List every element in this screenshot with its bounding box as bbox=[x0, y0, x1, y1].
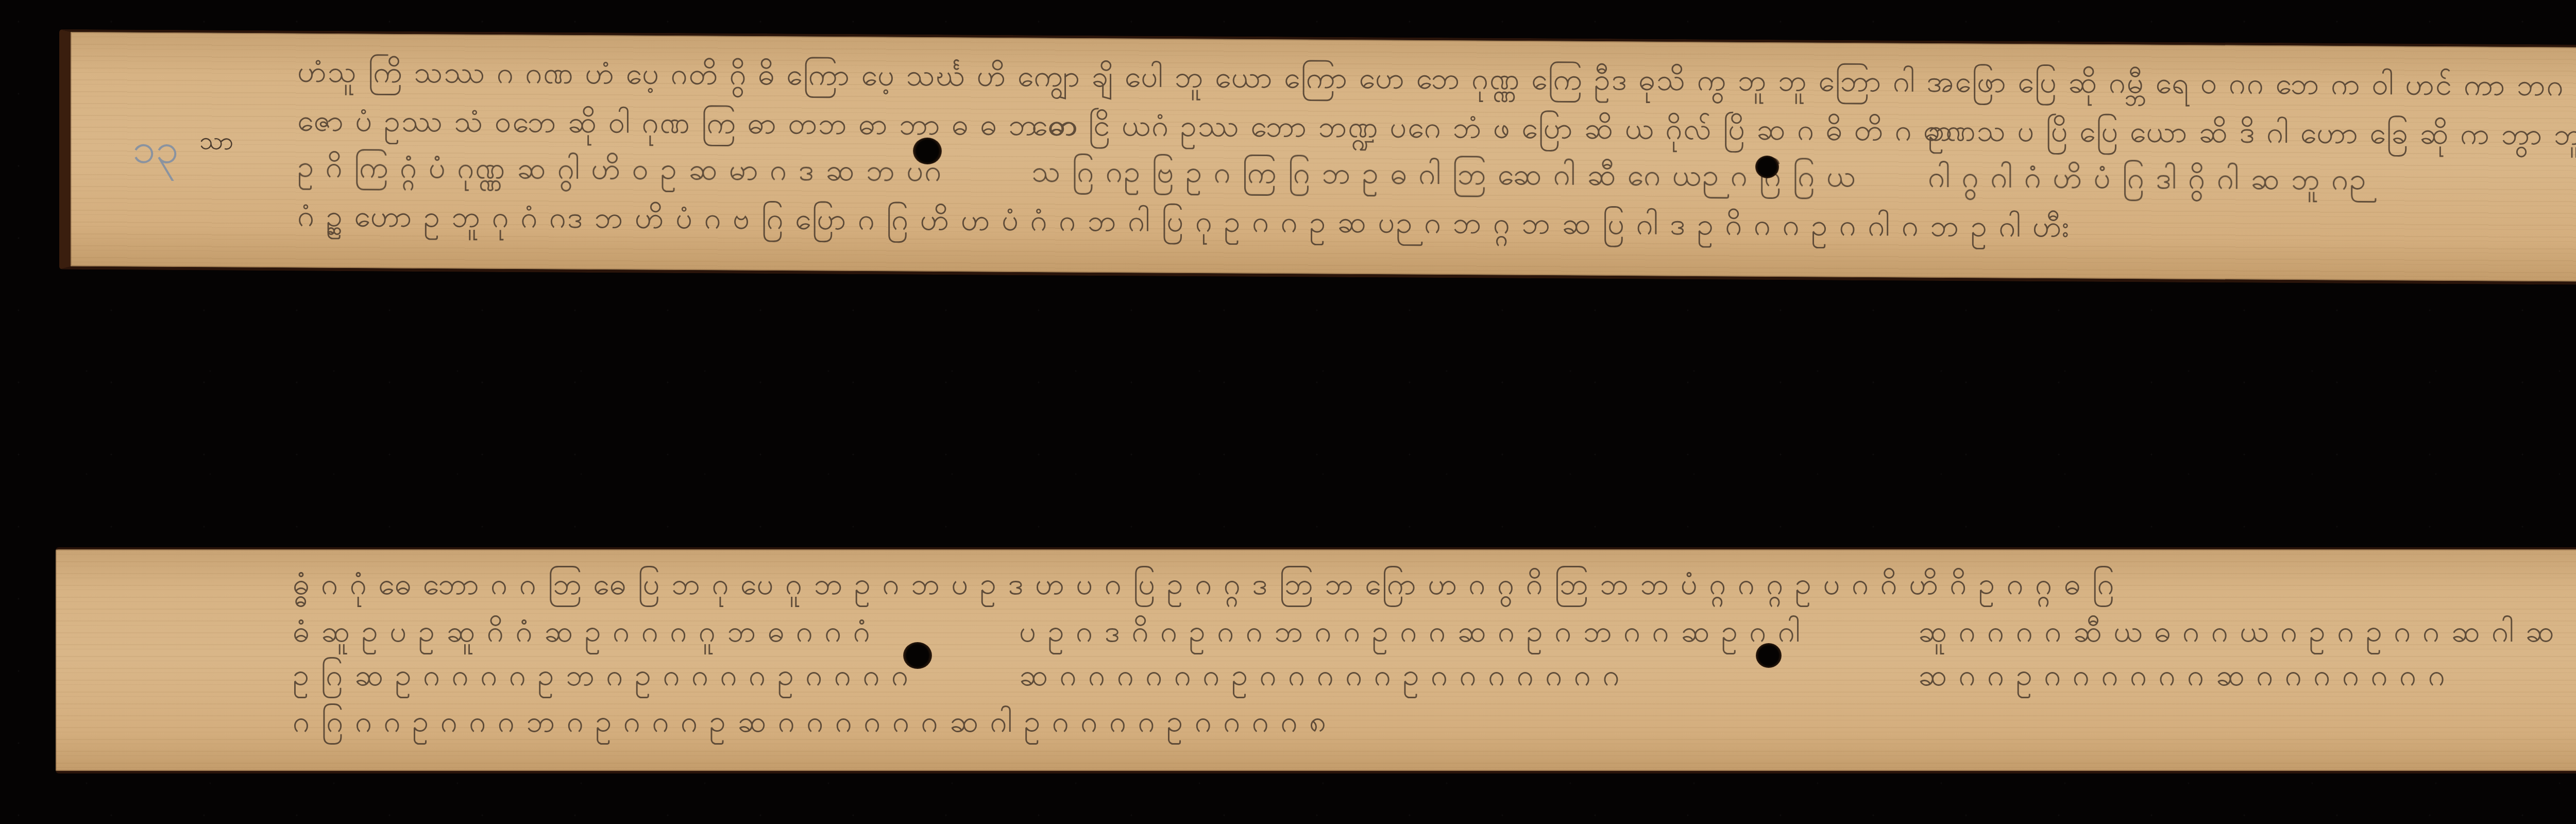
line-3-column-right: ဆ ဂ ဂ ဥ ဂ ဂ ဂ ဂ ဂ ဂ ဆ ဂ ဂ ဂ ဂ ဂ ဂ ဂ bbox=[1918, 660, 2446, 690]
folio-label: သာ bbox=[199, 125, 233, 161]
line-2-column-left: ဇော ပံ ဥဿ သံ ဝဘေ ဆို ဝါ ဂုဏ ကြ ဓာ တဘ ဓာ … bbox=[297, 106, 1079, 140]
line-2-column-middle: ဓော ငြိ ယဂံ ဥဿ ဘော ဘဏ္ဍ ပဂေ ဘံ ဖ ပြော ဆိ… bbox=[1031, 110, 1954, 145]
line-3-column-middle: သ ဂြ ဂဥ ဗြ ဥ ဂ ကြ ဂြ ဘ ဥ ဓ ဂါ ဘြ ဆေ ဂါ ဆ… bbox=[1031, 156, 1856, 191]
manuscript-line-1: ဟံသူ ကြိ သဿ ဂ ဂဏ ဟံ ပေ့ ဂတိ ဂွိ ဓိ ကြော … bbox=[297, 57, 2576, 101]
manuscript-line-3: ဥ ဂိ ကြ ဂ္ဂံ ပံ ဂုဏ္ဏ ဆ ဂွါ ဟိ ဝ ဥ ဆ မာ … bbox=[297, 152, 2564, 166]
palm-leaf-bottom: ဓ္ဓံ ဂ ဂုံ ဓေ ဘော ဂ ဂ ဘြ ဓေ ပြ ဘ ဂု ပေ ဂ… bbox=[56, 547, 2576, 773]
manuscript-line-2: ဇော ပံ ဥဿ သံ ဝဘေ ဆို ဝါ ဂုဏ ကြ ဓာ တဘ ဓာ … bbox=[297, 106, 2564, 120]
string-hole-right bbox=[1756, 643, 1782, 668]
line-2-column-left: ဓံ ဆူ ဥ ပ ဥ ဆူ ဂိ ဂံ ဆ ဥ ဂ ဂ ဂ ဂူ ဘ ဓ ဂ … bbox=[293, 616, 871, 646]
line-3-column-left: ဥ ဂြ ဆ ဥ ဂ ဂ ဂ ဂ ဥ ဘ ဂ ဥ ဂ ဂ ဂ ဂ ဥ ဂ ဂ ဂ… bbox=[293, 660, 909, 690]
manuscript-line-4: ဂ ဂြ ဂ ဂ ဥ ဂ ဂ ဂ ဘ ဂ ဥ ဂ ဂ ဂ ဥ ဆ ဂ ဂ ဂ ဂ… bbox=[293, 707, 1327, 736]
folio-number: ၁၃ bbox=[132, 123, 179, 184]
line-2-column-right: ဥဏသ ပ ပြိ ပြေ ယော ဆိ ဒိ ဂါ ဟော ခြေ ဆို ဂ… bbox=[1928, 115, 2576, 149]
line-2-column-right: ဆူ ဂ ဂ ဂ ဂ ဆီ ယ ဓ ဂ ဂ ယ ဂ ဥ ဂ ဥ ဂ ဂ ဆ ဂါ… bbox=[1918, 616, 2555, 646]
manuscript-line-4: ဂံ ဥ္ဆ ဟော ဥ ဘူ ဂု ဂံ ဂဒ ဘ ဟိ ပံ ဂ ဗ ဂြ … bbox=[297, 201, 2070, 242]
manuscript-line-1: ဓ္ဓံ ဂ ဂုံ ဓေ ဘော ဂ ဂ ဘြ ဓေ ပြ ဘ ဂု ပေ ဂ… bbox=[293, 569, 2115, 599]
line-3-column-left: ဥ ဂိ ကြ ဂ္ဂံ ပံ ဂုဏ္ဏ ဆ ဂွါ ဟိ ဝ ဥ ဆ မာ … bbox=[297, 152, 942, 186]
line-3-column-middle: ဆ ဂ ဂ ဂ ဂ ဂ ဂ ဥ ဂ ဂ ဂ ဂ ဂ ဥ ဂ ဂ ဂ ဂ ဂ ဂ … bbox=[1019, 660, 1621, 690]
line-3-column-right: ဂါ ဂွ ဂါ ဂံ ဟိ ပံ ဂြ ဒါ ဂွိ ဂါ ဆ ဘူ ဂဉ bbox=[1928, 162, 2367, 194]
line-2-column-middle: ပ ဥ ဂ ဒ ဂိ ဂ ဥ ဂ ဂ ဘ ဂ ဂ ဥ ဂ ဂ ဆ ဂ ဥ ဂ ဘ… bbox=[1019, 616, 1801, 646]
string-hole-right bbox=[1755, 156, 1779, 178]
palm-leaf-top: ၁၃ သာ ဟံသူ ကြိ သဿ ဂ ဂဏ ဟံ ပေ့ ဂတိ ဂွိ ဓိ… bbox=[59, 29, 2576, 285]
string-hole-left bbox=[903, 642, 932, 669]
string-hole-left bbox=[913, 138, 942, 164]
